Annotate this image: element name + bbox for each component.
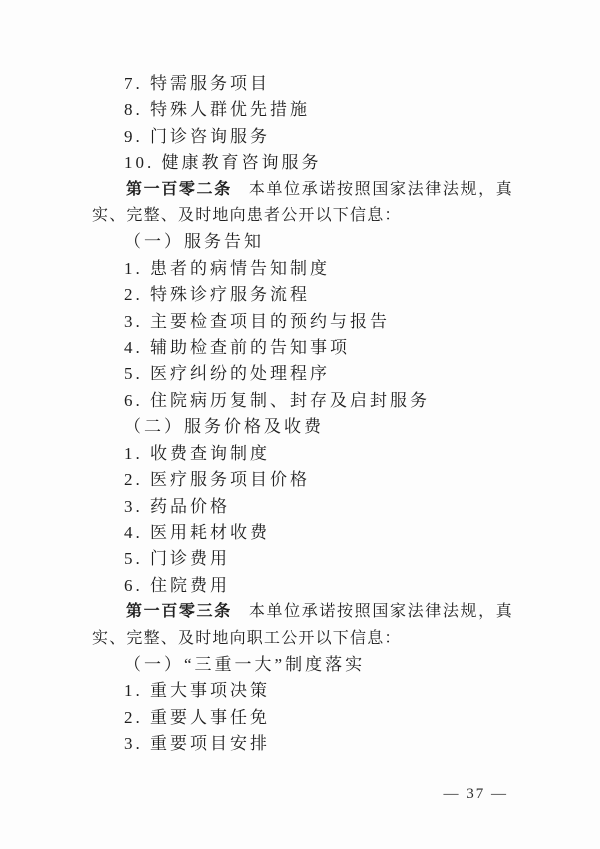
section-title: （一）“三重一大”制度落实 bbox=[92, 652, 513, 678]
list-item: 1. 患者的病情告知制度 bbox=[92, 256, 513, 282]
list-item: 7. 特需服务项目 bbox=[92, 71, 513, 97]
document-page: 7. 特需服务项目 8. 特殊人群优先措施 9. 门诊咨询服务 10. 健康教育… bbox=[0, 0, 600, 849]
list-item: 3. 主要检查项目的预约与报告 bbox=[92, 309, 513, 335]
list-item: 3. 药品价格 bbox=[92, 494, 513, 520]
list-item: 6. 住院费用 bbox=[92, 573, 513, 599]
list-item: 10. 健康教育咨询服务 bbox=[92, 150, 513, 176]
list-item: 4. 辅助检查前的告知事项 bbox=[92, 335, 513, 361]
article-102-paragraph: 第一百零二条本单位承诺按照国家法律法规，真实、完整、及时地向患者公开以下信息： bbox=[92, 177, 513, 230]
list-item: 5. 医疗纠纷的处理程序 bbox=[92, 361, 513, 387]
article-103-paragraph: 第一百零三条本单位承诺按照国家法律法规，真实、完整、及时地向职工公开以下信息： bbox=[92, 599, 513, 652]
list-item: 8. 特殊人群优先措施 bbox=[92, 97, 513, 123]
list-item: 4. 医用耗材收费 bbox=[92, 520, 513, 546]
list-item: 2. 特殊诊疗服务流程 bbox=[92, 282, 513, 308]
article-103-heading: 第一百零三条 bbox=[126, 603, 232, 620]
list-item: 2. 重要人事任免 bbox=[92, 705, 513, 731]
list-item: 6. 住院病历复制、封存及启封服务 bbox=[92, 388, 513, 414]
section-title: （二）服务价格及收费 bbox=[92, 414, 513, 440]
list-item: 1. 收费查询制度 bbox=[92, 441, 513, 467]
list-item: 9. 门诊咨询服务 bbox=[92, 124, 513, 150]
article-102-heading: 第一百零二条 bbox=[126, 181, 232, 198]
list-item: 2. 医疗服务项目价格 bbox=[92, 467, 513, 493]
document-content: 7. 特需服务项目 8. 特殊人群优先措施 9. 门诊咨询服务 10. 健康教育… bbox=[92, 71, 513, 758]
section-title: （一）服务告知 bbox=[92, 229, 513, 255]
list-item: 3. 重要项目安排 bbox=[92, 731, 513, 757]
list-item: 5. 门诊费用 bbox=[92, 546, 513, 572]
list-item: 1. 重大事项决策 bbox=[92, 678, 513, 704]
page-number: — 37 — bbox=[444, 786, 509, 803]
